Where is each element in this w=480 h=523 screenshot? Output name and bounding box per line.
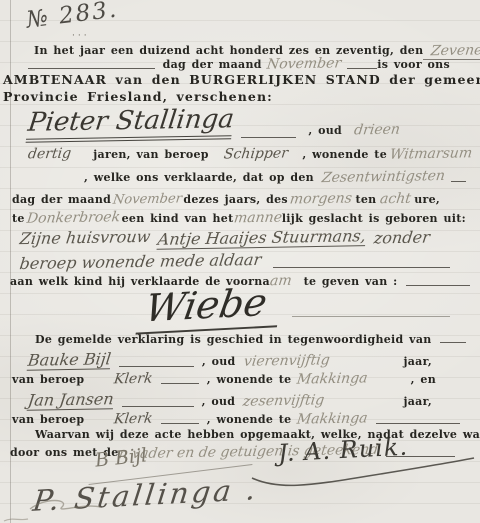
birth-daypart: morgens [289,190,353,207]
te-label: te [12,212,25,225]
ambtenaar-line: AMBTENAAR van den BURGERLIJKEN STAND der… [3,72,480,87]
gender-hand: manne [233,210,283,227]
wonende-label: , wonende te [207,373,292,386]
mother-prefix: Zijne huisvrouw [19,227,152,248]
oud-label: , oud [202,395,236,408]
blank-rule [451,181,466,182]
occupation-line: dertig jaren, van beroep Schipper , wone… [28,146,472,162]
blank-rule [347,68,377,69]
beroep-label: van beroep [12,373,84,386]
father-name: Pieter Stallinga [26,104,236,143]
witness1-name: Bauke Bijl [27,349,112,370]
birth-place: Donkerbroek [26,209,121,227]
birth-day: Zesentwintigsten [321,168,446,186]
jaar-label: jaar, [403,355,432,368]
blank-rule [292,316,450,317]
mother-name: Antje Haaijes Stuurmans, [157,226,368,250]
witness1-detail-line: van beroep Klerk , wonende te Makkinga ,… [12,371,436,387]
jaar-label: jaar, [403,395,432,408]
declaration-line: , welke ons verklaarde, dat op den Zesen… [84,169,466,185]
father-occupation: Schipper [223,145,289,162]
kind-label: een kind van het [122,212,234,225]
father-age-part1: drieen [353,122,401,142]
handwritten-month: November [266,55,342,72]
witness2-residence: Makkinga [296,410,369,427]
verklaarde-label: , welke ons verklaarde, dat op den [84,171,314,184]
provincie-text: Provincie Friesland, verschenen: [3,89,273,104]
wonende-label: , wonende te [302,148,387,161]
oud-label: , oud [308,124,342,141]
child-name: Wiebe [135,279,284,334]
blank-rule [241,137,296,138]
jaars-label: dezes jaars, des [183,193,288,206]
blank-rule [440,342,466,343]
witness1-line: Bauke Bijl , oud vierenvijftig jaar, [28,350,432,370]
mother-occupation-note: beroep wonende mede aldaar [19,250,263,273]
blank-rule [161,383,199,384]
signature-witness: B Bijl [94,444,148,471]
birth-certificate-scan: № 283. ··· In het jaar een duizend acht … [0,0,480,523]
child-name-line: Wiebe [140,283,450,331]
wonende-label: , wonende te [207,413,292,426]
witness-intro-line: De gemelde verklaring is geschied in teg… [35,333,466,346]
blank-rule [28,68,155,69]
ambtenaar-text: AMBTENAAR van den BURGERLIJKEN STAND der… [3,72,480,87]
birth-hour: acht [379,191,412,208]
maand-label: dag der maand [12,193,111,206]
beroep-label: van beroep [12,413,84,426]
closing-text-1: Waarvan wij deze acte hebben opgemaakt, … [35,428,480,441]
declarant-line: Pieter Stallinga , oud drieen [28,105,474,141]
bottom-page-fragment-strokes [0,495,130,523]
witness1-residence: Makkinga [296,370,369,387]
blank-rule [161,423,199,424]
mother-suffix: zonder [373,228,431,248]
record-number: № 283. [25,0,120,34]
is-voor-ons-label: is voor ons [377,58,450,71]
blank-rule [119,366,194,367]
birth-place-line: te Donkerbroek een kind van het manne li… [12,210,466,226]
provincie-line: Provincie Friesland, verschenen: [3,89,273,104]
ten-label: ten [355,193,376,206]
mother-line-2: beroep wonende mede aldaar [20,252,450,271]
oud-label: , oud [202,355,236,368]
blank-rule [273,267,450,268]
closing-line-1: Waarvan wij deze acte hebben opgemaakt, … [35,428,480,441]
beroep-label: jaren, van beroep [93,148,209,161]
witness-intro-text: De gemelde verklaring is geschied in teg… [35,333,432,346]
geslacht-label: lijk geslacht is geboren uit: [282,212,466,225]
witness1-occupation: Klerk [113,371,153,388]
birth-month: November [112,191,183,207]
witness2-line: Jan Jansen , oud zesenvijftig jaar, [28,390,432,410]
intro-line-2: dag der maand November is voor ons [28,56,450,72]
birth-date-line: dag der maand November dezes jaars, des … [12,191,440,207]
en-label: , en [411,373,436,386]
witness2-age: zesenvijftig [242,392,325,409]
witness2-occupation: Klerk [113,411,153,428]
father-age-part2: dertig [27,146,72,163]
ure-label: ure, [414,193,440,206]
signature-registrar-flourish [248,452,478,492]
father-residence: Witmarsum [389,145,473,162]
month-label: dag der maand [163,58,262,71]
witness2-detail-line: van beroep Klerk , wonende te Makkinga [12,411,460,427]
witness2-name: Jan Jansen [27,389,115,410]
mother-line-1: Zijne huisvrouw Antje Haaijes Stuurmans,… [20,228,464,248]
witness1-age: vierenvijftig [242,352,330,369]
blank-rule [122,406,194,407]
blank-rule [376,423,460,424]
